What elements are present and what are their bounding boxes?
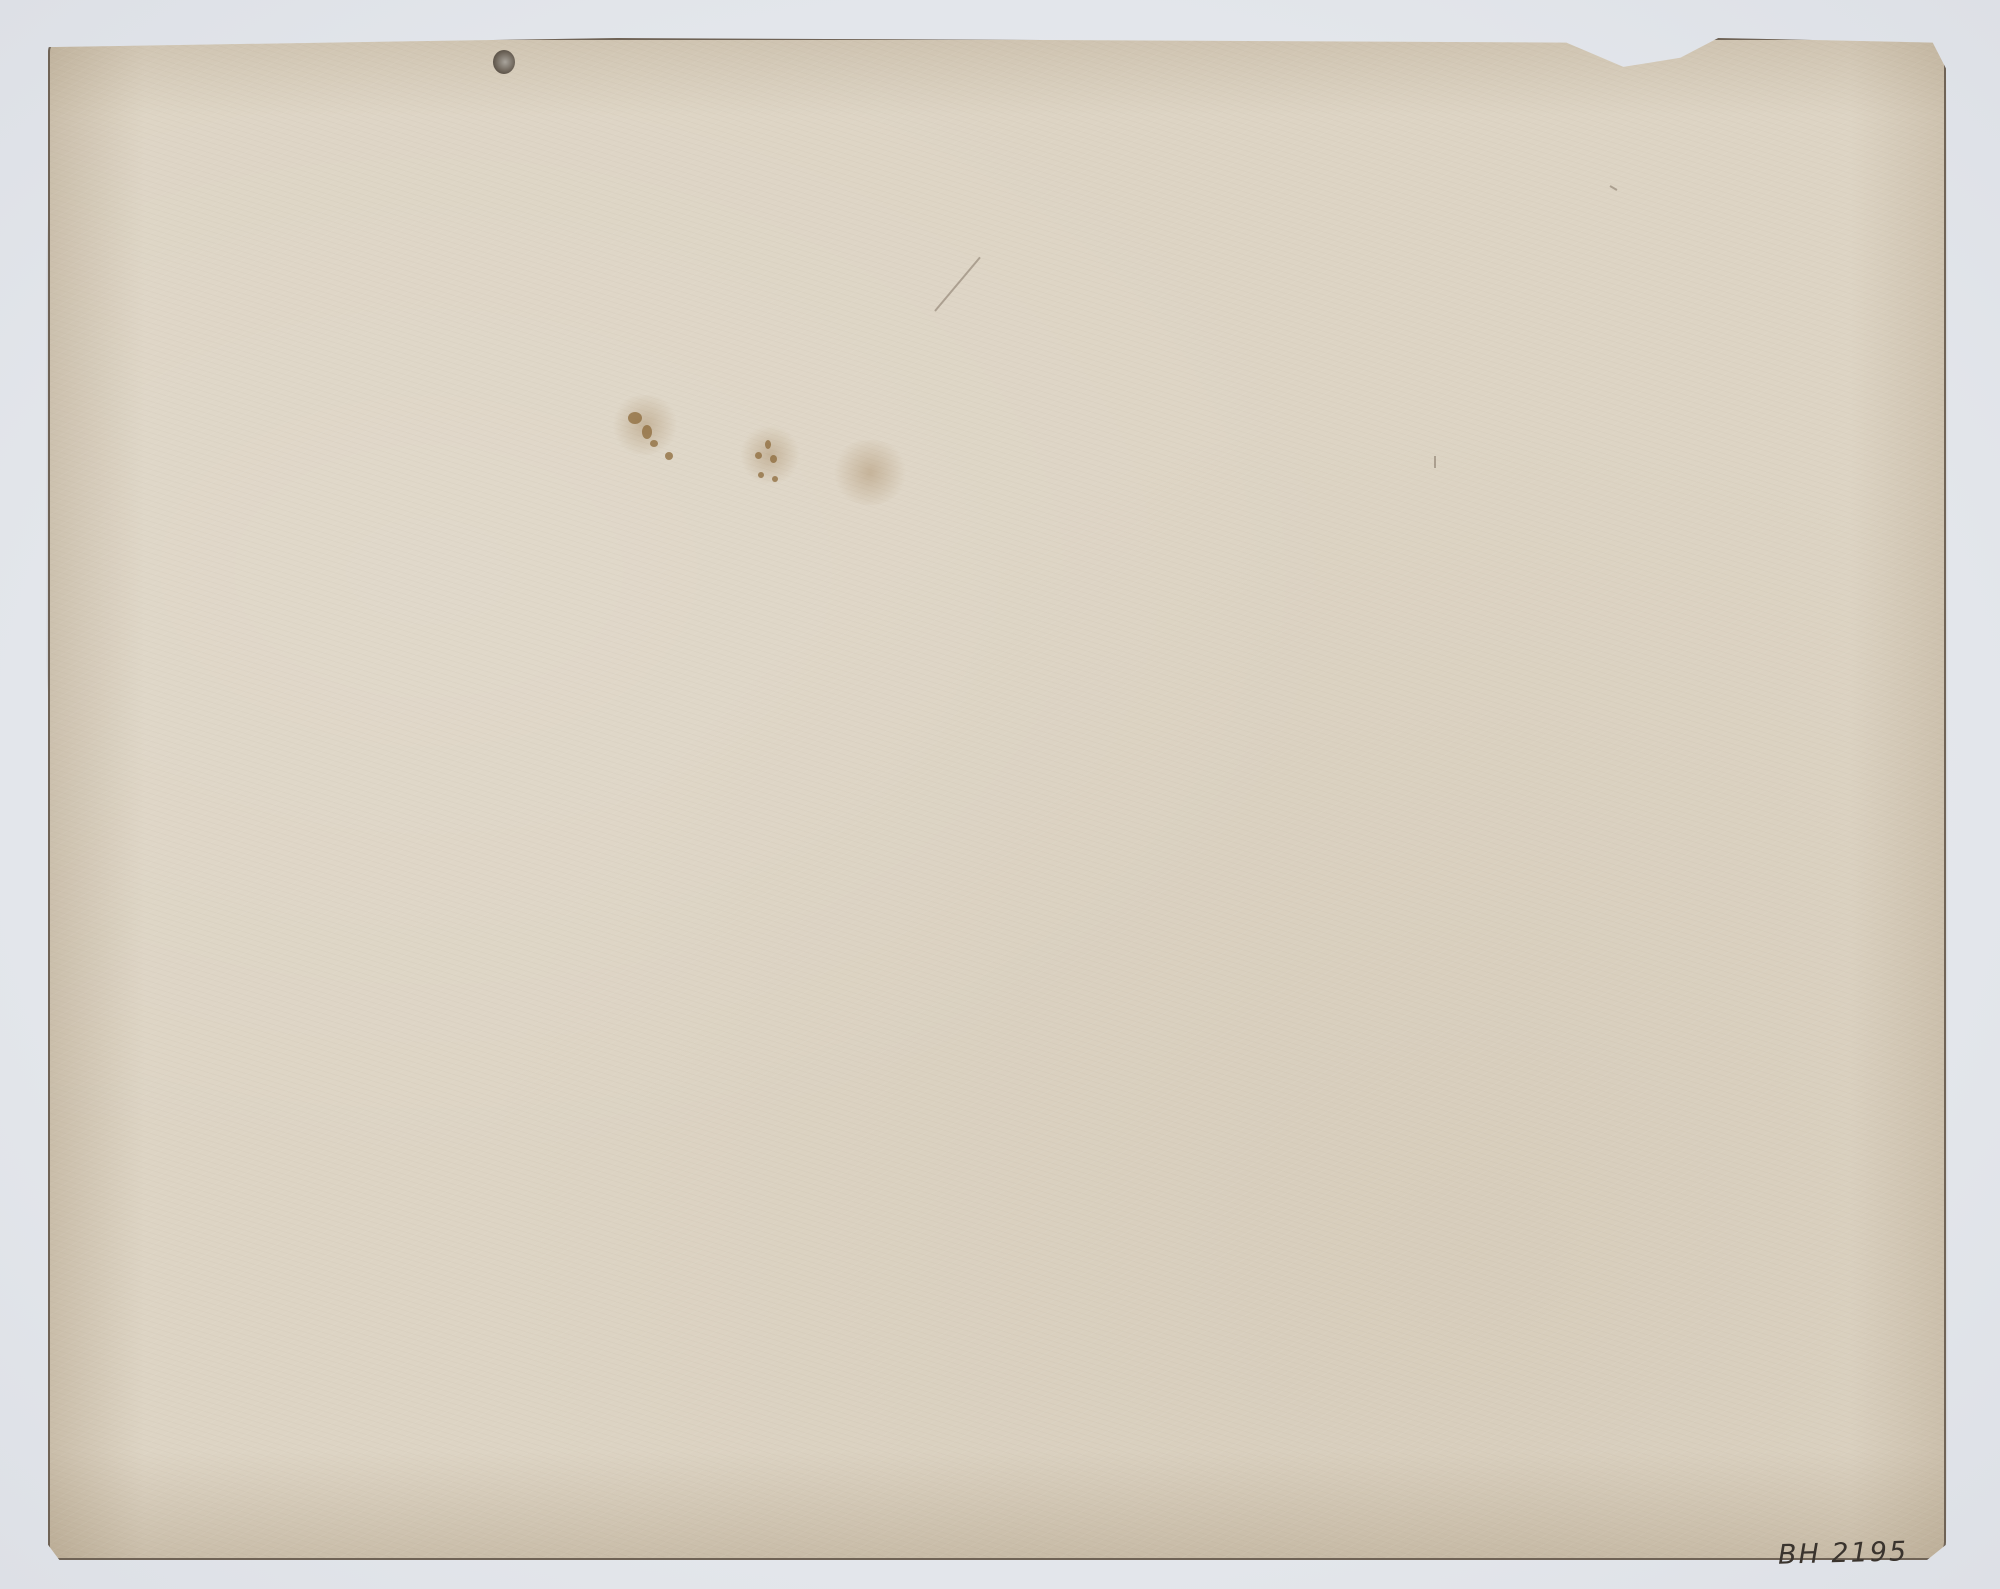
- foxing-stain: [830, 440, 910, 505]
- foxing-spot: [755, 452, 762, 459]
- paper-texture: [50, 40, 1944, 1558]
- foxing-spot: [770, 455, 777, 463]
- foxing-spot: [642, 425, 652, 439]
- paper-scratch: [1610, 185, 1618, 191]
- foxing-spot: [650, 440, 658, 447]
- catalog-inscription: BH 2195: [1777, 1536, 1908, 1570]
- paper-scratch: [1434, 456, 1436, 468]
- foxing-stain: [740, 425, 800, 485]
- foxing-spot: [758, 472, 764, 478]
- paper-sheet: [48, 38, 1946, 1560]
- foxing-spot: [772, 476, 778, 482]
- foxing-spot: [628, 412, 642, 424]
- foxing-spot: [665, 452, 673, 460]
- punch-hole: [493, 50, 515, 74]
- paper-scratch: [934, 257, 981, 312]
- foxing-spot: [765, 440, 771, 449]
